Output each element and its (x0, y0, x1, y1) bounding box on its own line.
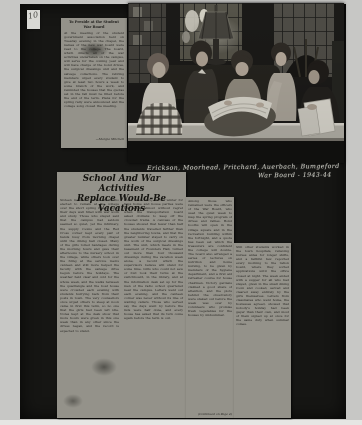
left-clipping-body: At the meeting of the student government… (64, 31, 124, 136)
war-board-photograph (128, 3, 344, 163)
left-news-clipping: To Preside at the Student War Board At t… (61, 18, 127, 148)
article-column-3-text: Among those who remained were the office… (188, 199, 232, 412)
main-article-clipping: School And War Activities Replace Would-… (57, 172, 186, 418)
scan-edge-strip (0, 420, 362, 425)
photo-scene (128, 3, 344, 163)
caption-war-board: War Board - 1943-44 (258, 172, 332, 180)
article-continued-note: (Continued on Page 4) (188, 412, 232, 416)
photo-vignette (128, 3, 344, 163)
article-column-2: Plans made early in the winter for trips… (122, 196, 185, 416)
article-column-1: Sixteen members of the class who elected… (58, 196, 121, 416)
scrapbook-scan: 10 To Preside at the Student War Board A… (0, 0, 362, 425)
left-clipping-byline: —Margie Mitchell (64, 137, 124, 141)
article-column-4: Still other students worked in the town … (234, 243, 291, 418)
article-column-3: Among those who remained were the office… (186, 197, 234, 418)
article-headline-line1: School And War Activities (59, 174, 184, 194)
corner-label: 10 (27, 10, 40, 29)
left-clipping-headline-line1: To Preside at the Student (64, 20, 124, 24)
left-clipping-headline-line2: War Board (64, 25, 124, 29)
corner-label-number: 10 (27, 10, 39, 21)
